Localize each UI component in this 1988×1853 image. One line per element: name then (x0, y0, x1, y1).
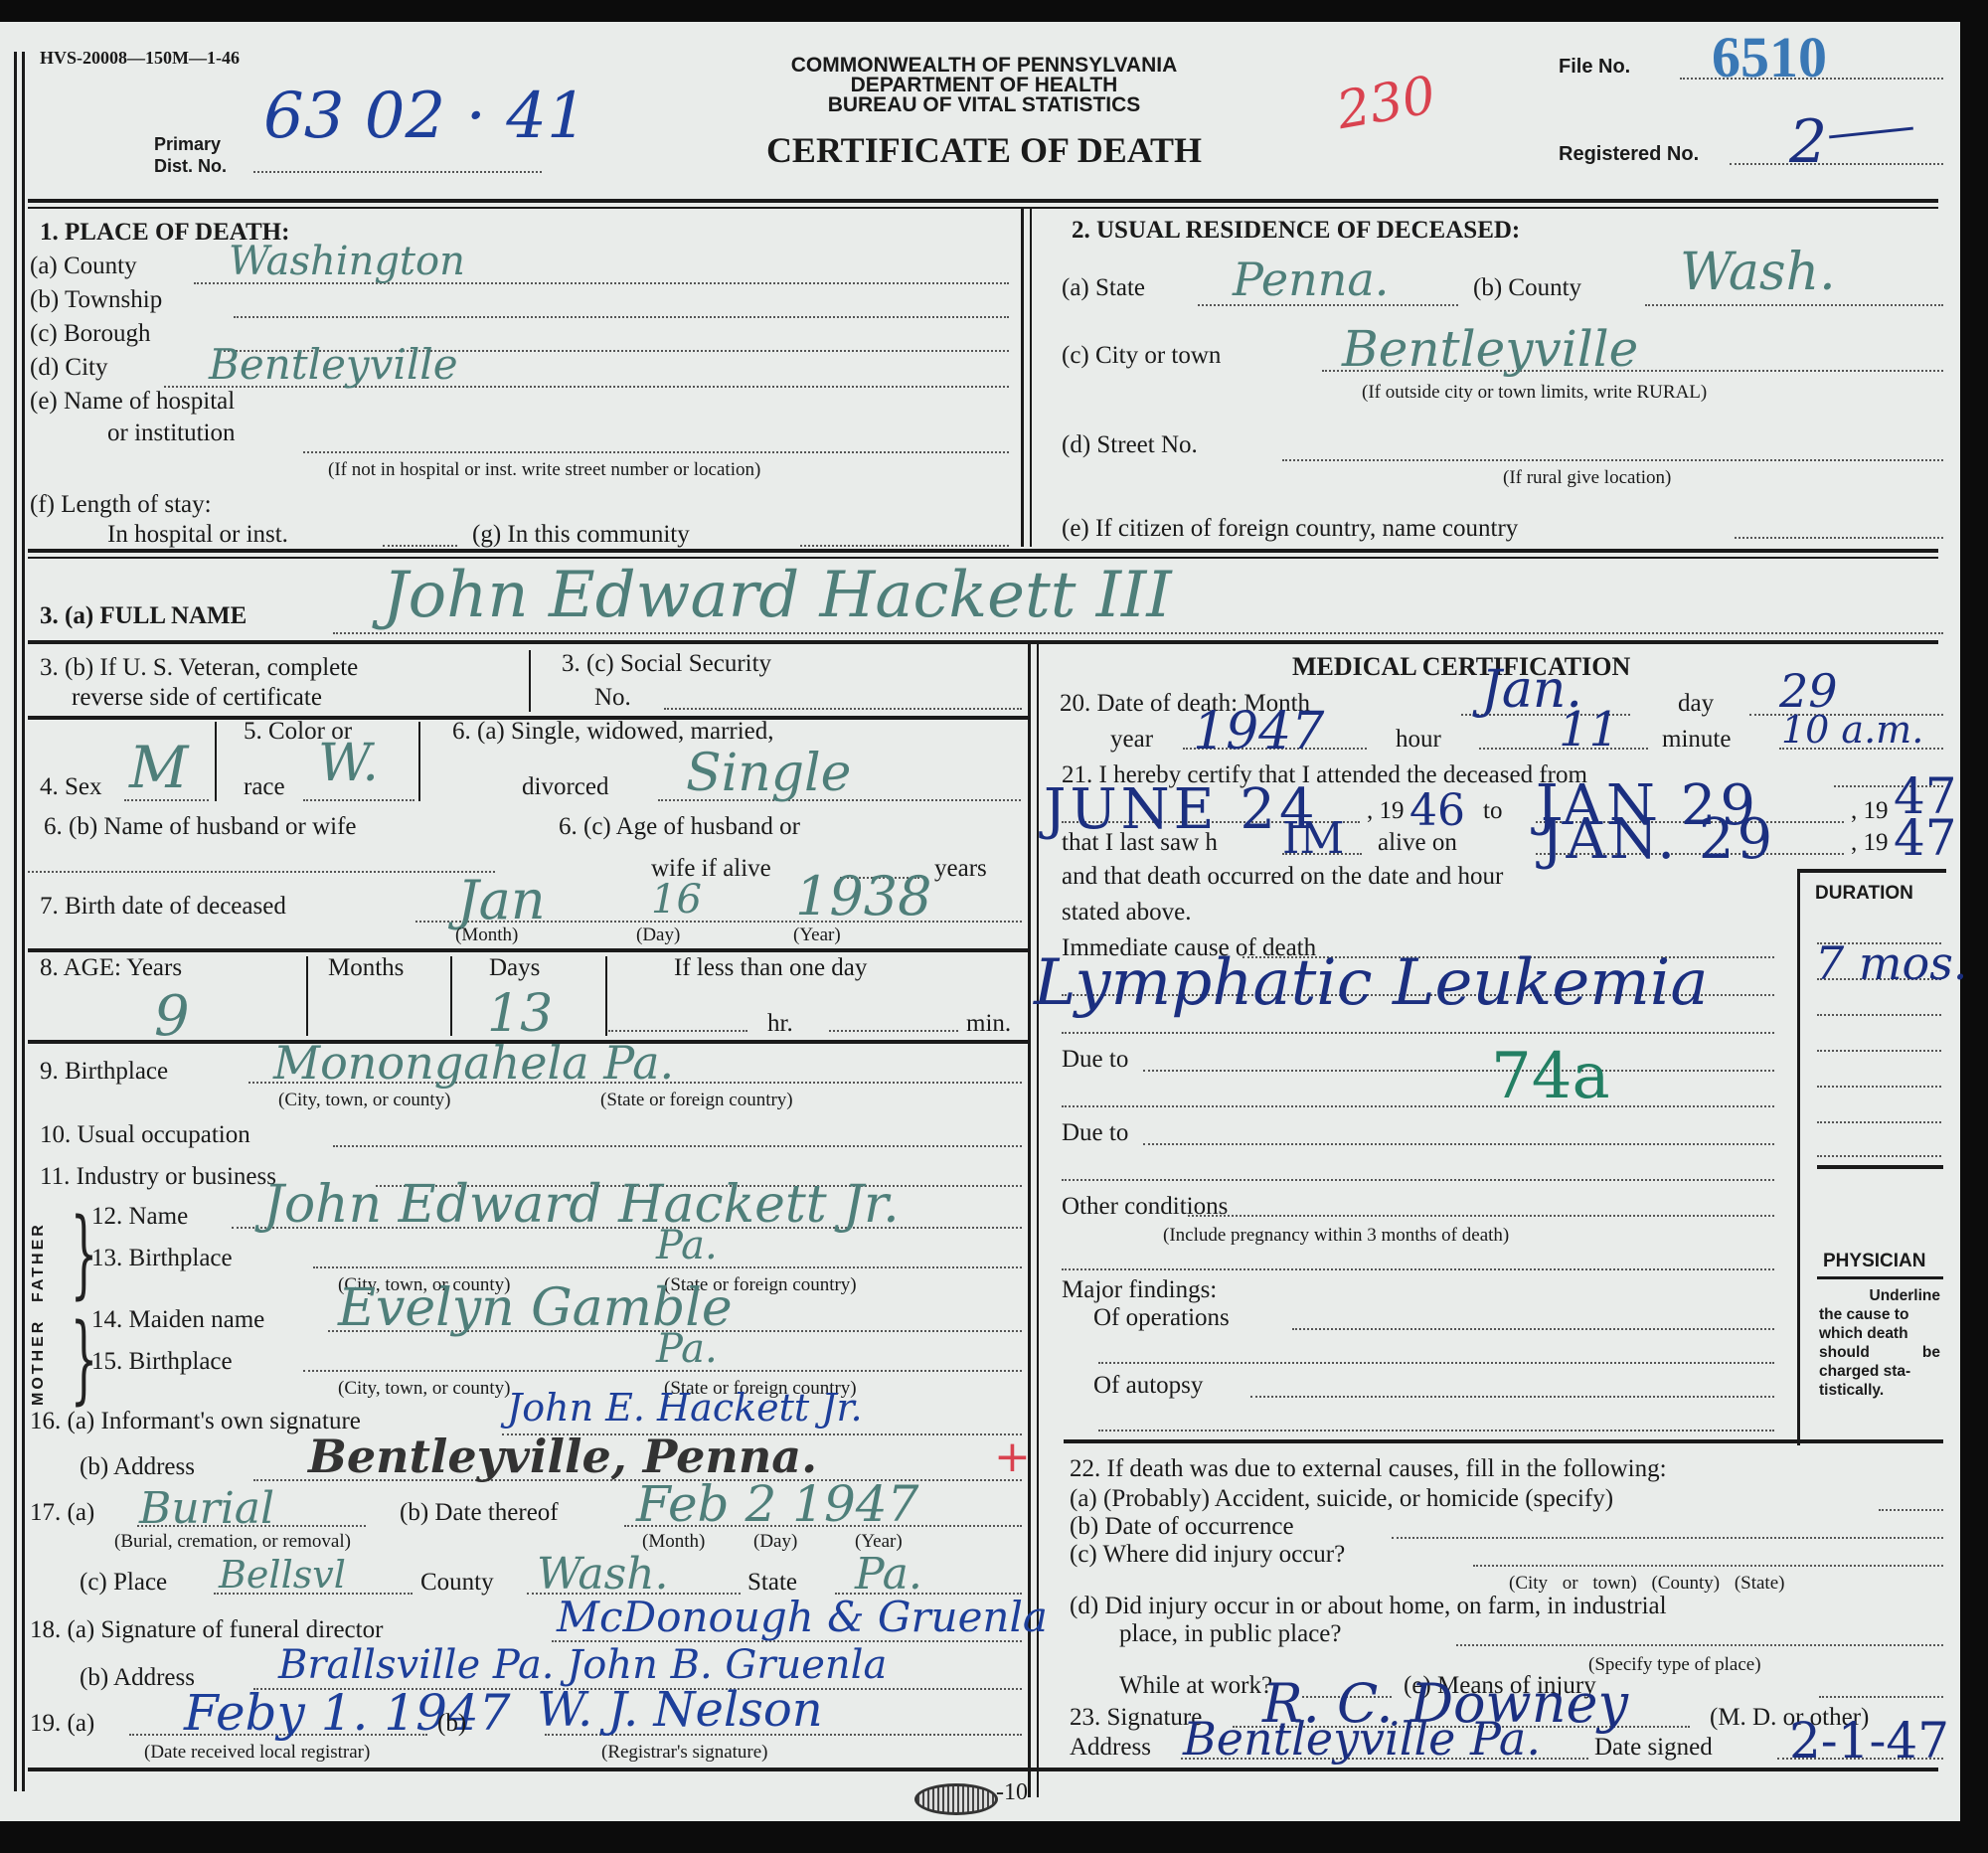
registrar-b-label: (b) (437, 1710, 466, 1738)
father-name-label: 12. Name (91, 1203, 188, 1231)
veteran-label-2: reverse side of certificate (72, 684, 322, 712)
pod-hospital-label-1: (e) Name of hospital (30, 388, 235, 416)
sex-value[interactable]: M (129, 734, 188, 801)
marital-label-2: divorced (522, 773, 608, 801)
res-county-line (1645, 304, 1943, 306)
file-no-label: File No. (1559, 56, 1630, 79)
red-annotation: 230 (1333, 66, 1440, 141)
res-state-label: (a) State (1062, 274, 1145, 302)
external-a-line[interactable] (1879, 1509, 1943, 1511)
mother-birthplace-value[interactable]: Pa. (656, 1326, 718, 1372)
age-hr-label: hr. (767, 1010, 793, 1038)
pod-township-label: (b) Township (30, 286, 162, 314)
immediate-cause-value[interactable]: Lymphatic Leukemia (1034, 946, 1709, 1020)
external-c-hint: (City or town) (County) (State) (1509, 1573, 1784, 1595)
birth-month-value[interactable]: Jan (457, 869, 546, 931)
physician-date-label: Date signed (1594, 1734, 1713, 1762)
external-b-line[interactable] (1392, 1537, 1943, 1539)
form-code: HVS-20008—150M—1-46 (40, 48, 240, 69)
father-birthplace-value[interactable]: Pa. (656, 1223, 718, 1268)
birth-month-hint: (Month) (455, 925, 518, 946)
primary-dist-label: Primary Dist. No. (154, 133, 227, 177)
occurred-line-2: stated above. (1062, 899, 1192, 926)
physician-date-value[interactable]: 2-1-47 (1789, 1712, 1949, 1769)
last-saw-date[interactable]: JAN. 29 (1541, 807, 1775, 872)
physician-note-line: charged sta- (1819, 1362, 1940, 1381)
union-label-suffix: -10 (996, 1779, 1028, 1806)
pod-stay-community-label: (g) In this community (472, 521, 690, 549)
ssn-label-2: No. (594, 684, 631, 712)
section-rule-3a (28, 549, 1938, 553)
res-county-label: (b) County (1473, 274, 1581, 302)
birth-year-value[interactable]: 1938 (795, 865, 931, 927)
registered-no-line (1730, 163, 1943, 165)
industry-label: 11. Industry or business (40, 1163, 276, 1191)
agency-block: COMMONWEALTH OF PENNSYLVANIA DEPARTMENT … (745, 56, 1223, 115)
mother-name-label: 14. Maiden name (91, 1306, 264, 1334)
death-day-label: day (1678, 690, 1714, 718)
physician-note-line: which death (1819, 1324, 1940, 1343)
primary-dist-value[interactable]: 63 02 · 41 (263, 80, 587, 153)
external-b-label: (b) Date of occurrence (1070, 1513, 1294, 1541)
row-rule-8 (28, 948, 1028, 952)
other-conditions-line-2[interactable] (1062, 1268, 1774, 1270)
mother-city-hint: (City, town, or county) (338, 1378, 510, 1400)
pod-stay-hospital-line[interactable] (383, 545, 457, 547)
full-name-line (333, 632, 1943, 634)
other-conditions-hint: (Include pregnancy within 3 months of de… (1163, 1225, 1509, 1247)
res-state-value[interactable]: Penna. (1233, 253, 1389, 306)
age-days-label: Days (489, 954, 540, 982)
registrar-a-label: 19. (a) (30, 1710, 94, 1738)
medical-bottom-rule (1064, 1439, 1943, 1443)
pod-borough-label: (c) Borough (30, 320, 151, 348)
due-to-label-2: Due to (1062, 1119, 1128, 1147)
death-minute-value[interactable]: 10 a.m. (1781, 708, 1923, 752)
operations-line-2[interactable] (1098, 1362, 1774, 1364)
section-divider-top-2 (1030, 209, 1032, 547)
registrar-signature-hint: (Registrar's signature) (601, 1742, 768, 1764)
death-hour-value[interactable]: 11 (1559, 702, 1619, 758)
disposition-value[interactable]: Burial (139, 1483, 274, 1534)
other-conditions-line[interactable] (1188, 1215, 1774, 1217)
physician-note-line: the cause to (1819, 1305, 1940, 1324)
birthplace-city-hint: (City, town, or county) (278, 1090, 450, 1111)
age-less-label: If less than one day (674, 954, 867, 982)
death-hour-label: hour (1396, 726, 1441, 754)
registrar-date-hint: (Date received local registrar) (144, 1742, 370, 1764)
last-saw-label: that I last saw h (1062, 829, 1218, 857)
funeral-director-value[interactable]: McDonough & Gruenla (557, 1593, 1048, 1641)
external-heading: 22. If death was due to external causes,… (1070, 1455, 1667, 1483)
birth-date-label: 7. Birth date of deceased (40, 893, 286, 921)
res-city-value[interactable]: Bentleyville (1342, 320, 1638, 378)
res-city-label: (c) City or town (1062, 342, 1221, 370)
physician-heading-rule (1817, 1276, 1943, 1279)
informant-address-label: (b) Address (80, 1453, 195, 1481)
residence-heading: 2. USUAL RESIDENCE OF DECEASED: (1072, 217, 1520, 245)
primary-dist-label-1: Primary (154, 133, 227, 155)
full-name-label-text: 3. (a) FULL NAME (40, 602, 247, 629)
section-divider-top (1021, 209, 1024, 547)
age-days-value[interactable]: 13 (487, 984, 553, 1044)
external-d-label-1: (d) Did injury occur in or about home, o… (1070, 1593, 1667, 1620)
spouse-name-line[interactable] (28, 871, 495, 873)
duration-heading: DURATION (1815, 883, 1913, 905)
color-label-2: race (244, 773, 285, 801)
union-printer-logo-icon (914, 1783, 998, 1815)
res-street-label: (d) Street No. (1062, 431, 1198, 459)
age-years-divider (306, 956, 308, 1036)
agency-line-2: DEPARTMENT OF HEALTH (745, 76, 1223, 95)
sex-label: 4. Sex (40, 773, 102, 801)
marital-value[interactable]: Single (686, 744, 851, 803)
burial-date-label: (b) Date thereof (400, 1499, 559, 1527)
occupation-label: 10. Usual occupation (40, 1121, 250, 1149)
color-marital-divider (418, 722, 420, 801)
res-foreign-label: (e) If citizen of foreign country, name … (1062, 515, 1518, 543)
burial-place-label: (c) Place (80, 1569, 167, 1597)
res-foreign-line[interactable] (1735, 537, 1943, 539)
pod-county-label: (a) County (30, 253, 137, 280)
external-c-label: (c) Where did injury occur? (1070, 1541, 1345, 1569)
funeral-director-label: 18. (a) Signature of funeral director (30, 1616, 383, 1644)
certificate-paper: HVS-20008—150M—1-46 Primary Dist. No. 63… (0, 22, 1960, 1821)
pod-stay-community-line[interactable] (800, 545, 1009, 547)
marital-label-1: 6. (a) Single, widowed, married, (452, 718, 774, 746)
age-min-line[interactable] (829, 1030, 958, 1032)
veteran-ssn-divider (529, 650, 531, 712)
registered-no-stroke (1829, 127, 1913, 139)
primary-dist-label-2: Dist. No. (154, 155, 227, 177)
physician-note-line: should be (1819, 1343, 1940, 1362)
occupation-line[interactable] (333, 1145, 1022, 1147)
age-years-label: 8. AGE: Years (40, 954, 182, 982)
registered-no-label: Registered No. (1559, 143, 1699, 166)
burial-date-value[interactable]: Feb 2 1947 (636, 1475, 918, 1533)
full-name-label: 3. (a) FULL NAME (40, 602, 247, 630)
header-rule-1 (28, 199, 1938, 203)
attended-from-year-prefix: , 19 (1367, 797, 1405, 825)
mother-birthplace-label: 15. Birthplace (91, 1348, 233, 1376)
disposition-label: 17. (a) (30, 1499, 94, 1527)
res-city-hint: (If outside city or town limits, write R… (1362, 382, 1707, 404)
major-findings-label: Major findings: (1062, 1276, 1217, 1304)
due-to-line-2b[interactable] (1062, 1179, 1774, 1181)
registrar-signature-value[interactable]: W. J. Nelson (537, 1682, 823, 1738)
full-name-value[interactable]: John Edward Hackett III (383, 559, 1172, 632)
res-county-value[interactable]: Wash. (1680, 243, 1836, 302)
external-work-label: While at work? (1119, 1672, 1272, 1700)
file-no-value[interactable]: 6510 (1712, 24, 1827, 90)
birthplace-state-hint: (State or foreign country) (600, 1090, 793, 1111)
attended-to-label: to (1483, 797, 1502, 825)
last-saw-pronoun[interactable]: IM (1282, 813, 1344, 864)
age-months-divider (450, 956, 452, 1036)
age-hr-line[interactable] (608, 1030, 747, 1032)
header-rule-2 (28, 207, 1938, 209)
pod-hospital-label-2: or institution (107, 420, 235, 447)
color-value[interactable]: W. (318, 734, 379, 793)
sex-color-divider (215, 722, 217, 801)
age-months-label: Months (328, 954, 404, 982)
due-to-line-1[interactable] (1143, 1070, 1774, 1072)
pod-stay-hospital-label: In hospital or inst. (107, 521, 288, 549)
disposition-hint: (Burial, cremation, or removal) (114, 1531, 351, 1553)
bottom-rule (28, 1768, 1938, 1771)
registered-no-value[interactable]: 2 (1789, 107, 1827, 177)
primary-dist-line (253, 171, 542, 173)
pod-township-line[interactable] (234, 316, 1009, 318)
duration-line-4[interactable] (1817, 1050, 1941, 1052)
operations-label: Of operations (1093, 1304, 1230, 1332)
burial-place-value[interactable]: Bellsvl (219, 1553, 346, 1597)
left-border-outer (14, 52, 17, 1791)
birthplace-value[interactable]: Monongahela Pa. (273, 1036, 674, 1090)
pod-city-label: (d) City (30, 354, 107, 382)
physician-note-line: Underline (1819, 1286, 1940, 1305)
father-name-value[interactable]: John Edward Hackett Jr. (263, 1175, 900, 1235)
father-birthplace-label: 13. Birthplace (91, 1245, 233, 1272)
operations-line[interactable] (1292, 1328, 1774, 1330)
due-to-label-1: Due to (1062, 1046, 1128, 1074)
external-c-line[interactable] (1473, 1565, 1943, 1567)
last-saw-year[interactable]: 47 (1894, 809, 1957, 867)
burial-day-hint: (Day) (753, 1531, 797, 1553)
birthplace-label: 9. Birthplace (40, 1058, 168, 1086)
death-year-value[interactable]: 1947 (1193, 702, 1324, 761)
res-street-hint: (If rural give location) (1503, 467, 1671, 489)
death-minute-label: minute (1662, 726, 1731, 754)
burial-county-label: County (420, 1569, 494, 1597)
duration-line-3[interactable] (1817, 1014, 1941, 1016)
autopsy-line[interactable] (1250, 1396, 1774, 1398)
color-line (303, 799, 414, 801)
autopsy-line-2[interactable] (1098, 1430, 1774, 1432)
physician-address-value[interactable]: Bentleyville Pa. (1183, 1712, 1541, 1766)
full-name-rule (28, 640, 1938, 644)
physician-address-label: Address (1070, 1734, 1151, 1762)
agency-line-3: BUREAU OF VITAL STATISTICS (745, 95, 1223, 115)
mother-tag: MOTHER (30, 1306, 48, 1406)
code-annotation: 74a (1491, 1040, 1610, 1113)
pod-hospital-hint: (If not in hospital or inst. write stree… (328, 459, 760, 481)
ssn-label-1: 3. (c) Social Security (562, 650, 771, 678)
left-border-inner (22, 52, 25, 1791)
red-plus-mark: + (994, 1432, 1031, 1482)
age-min-label: min. (966, 1010, 1011, 1038)
immediate-cause-line-3[interactable] (1062, 1032, 1774, 1034)
pod-city-value[interactable]: Bentleyville (209, 340, 458, 389)
residence-heading-text: 2. USUAL RESIDENCE OF DECEASED: (1072, 217, 1520, 244)
death-year-label: year (1110, 726, 1153, 754)
occurred-line-1: and that death occurred on the date and … (1062, 863, 1503, 891)
due-to-line-2[interactable] (1143, 1143, 1774, 1145)
spouse-age-label-1: 6. (c) Age of husband or (559, 813, 800, 841)
physician-note-line: tistically. (1819, 1381, 1940, 1400)
spouse-name-label: 6. (b) Name of husband or wife (44, 813, 357, 841)
pod-hospital-line[interactable] (303, 451, 1009, 453)
spouse-age-unit: years (934, 855, 987, 883)
pod-stay-label: (f) Length of stay: (30, 491, 212, 519)
res-street-line[interactable] (1282, 459, 1943, 461)
physician-note: Underline the cause to which death shoul… (1819, 1286, 1940, 1400)
informant-signature-value[interactable]: John E. Hackett Jr. (507, 1386, 863, 1430)
pod-county-value[interactable]: Washington (229, 239, 465, 284)
duration-line-5[interactable] (1817, 1086, 1941, 1088)
external-d-line[interactable] (1456, 1644, 1943, 1646)
father-tag: FATHER (30, 1207, 48, 1302)
agency-line-1: COMMONWEALTH OF PENNSYLVANIA (745, 56, 1223, 76)
duration-line-7[interactable] (1817, 1155, 1941, 1157)
ssn-line[interactable] (664, 708, 1022, 710)
autopsy-label: Of autopsy (1093, 1372, 1203, 1400)
duration-line-6[interactable] (1817, 1121, 1941, 1123)
duration-box-top (1797, 869, 1946, 873)
funeral-address-label: (b) Address (80, 1664, 195, 1692)
external-a-label: (a) (Probably) Accident, suicide, or hom… (1070, 1485, 1613, 1513)
last-saw-year-prefix: , 19 (1851, 829, 1889, 857)
veteran-label-1: 3. (b) If U. S. Veteran, complete (40, 654, 358, 682)
external-means-line[interactable] (1819, 1696, 1943, 1698)
duration-value[interactable]: 7 mos. (1815, 936, 1967, 990)
external-d-label-2: place, in public place? (1119, 1620, 1342, 1648)
birth-day-hint: (Day) (636, 925, 680, 946)
birth-day-value[interactable]: 16 (651, 877, 702, 923)
age-days-divider (605, 956, 607, 1036)
duration-box-left (1797, 869, 1800, 1445)
birth-year-hint: (Year) (793, 925, 841, 946)
alive-on-label: alive on (1378, 829, 1457, 857)
due-to-line-1b[interactable] (1062, 1105, 1774, 1107)
attended-to-year-prefix: , 19 (1851, 797, 1889, 825)
certificate-title: CERTIFICATE OF DEATH (731, 129, 1238, 171)
duration-bottom-rule (1817, 1165, 1943, 1169)
physician-heading: PHYSICIAN (1823, 1251, 1925, 1272)
